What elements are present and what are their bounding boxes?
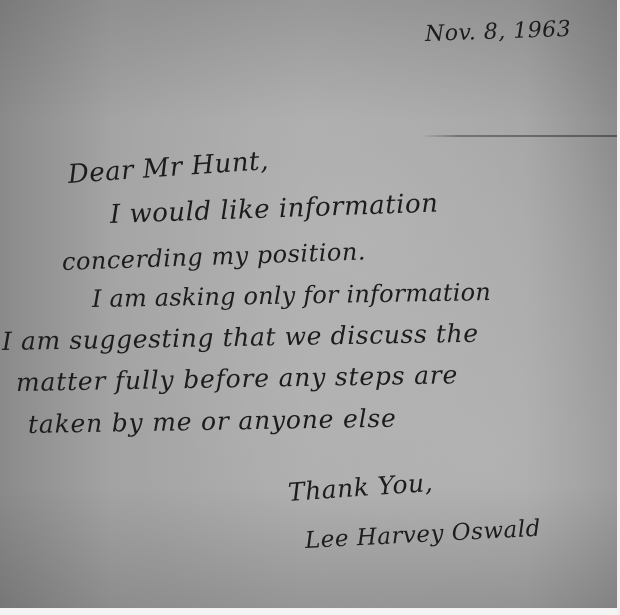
letter-date: Nov. 8, 1963 (425, 17, 572, 47)
scan-border-bottom (0, 608, 620, 615)
paper-fold-crease (420, 135, 617, 137)
